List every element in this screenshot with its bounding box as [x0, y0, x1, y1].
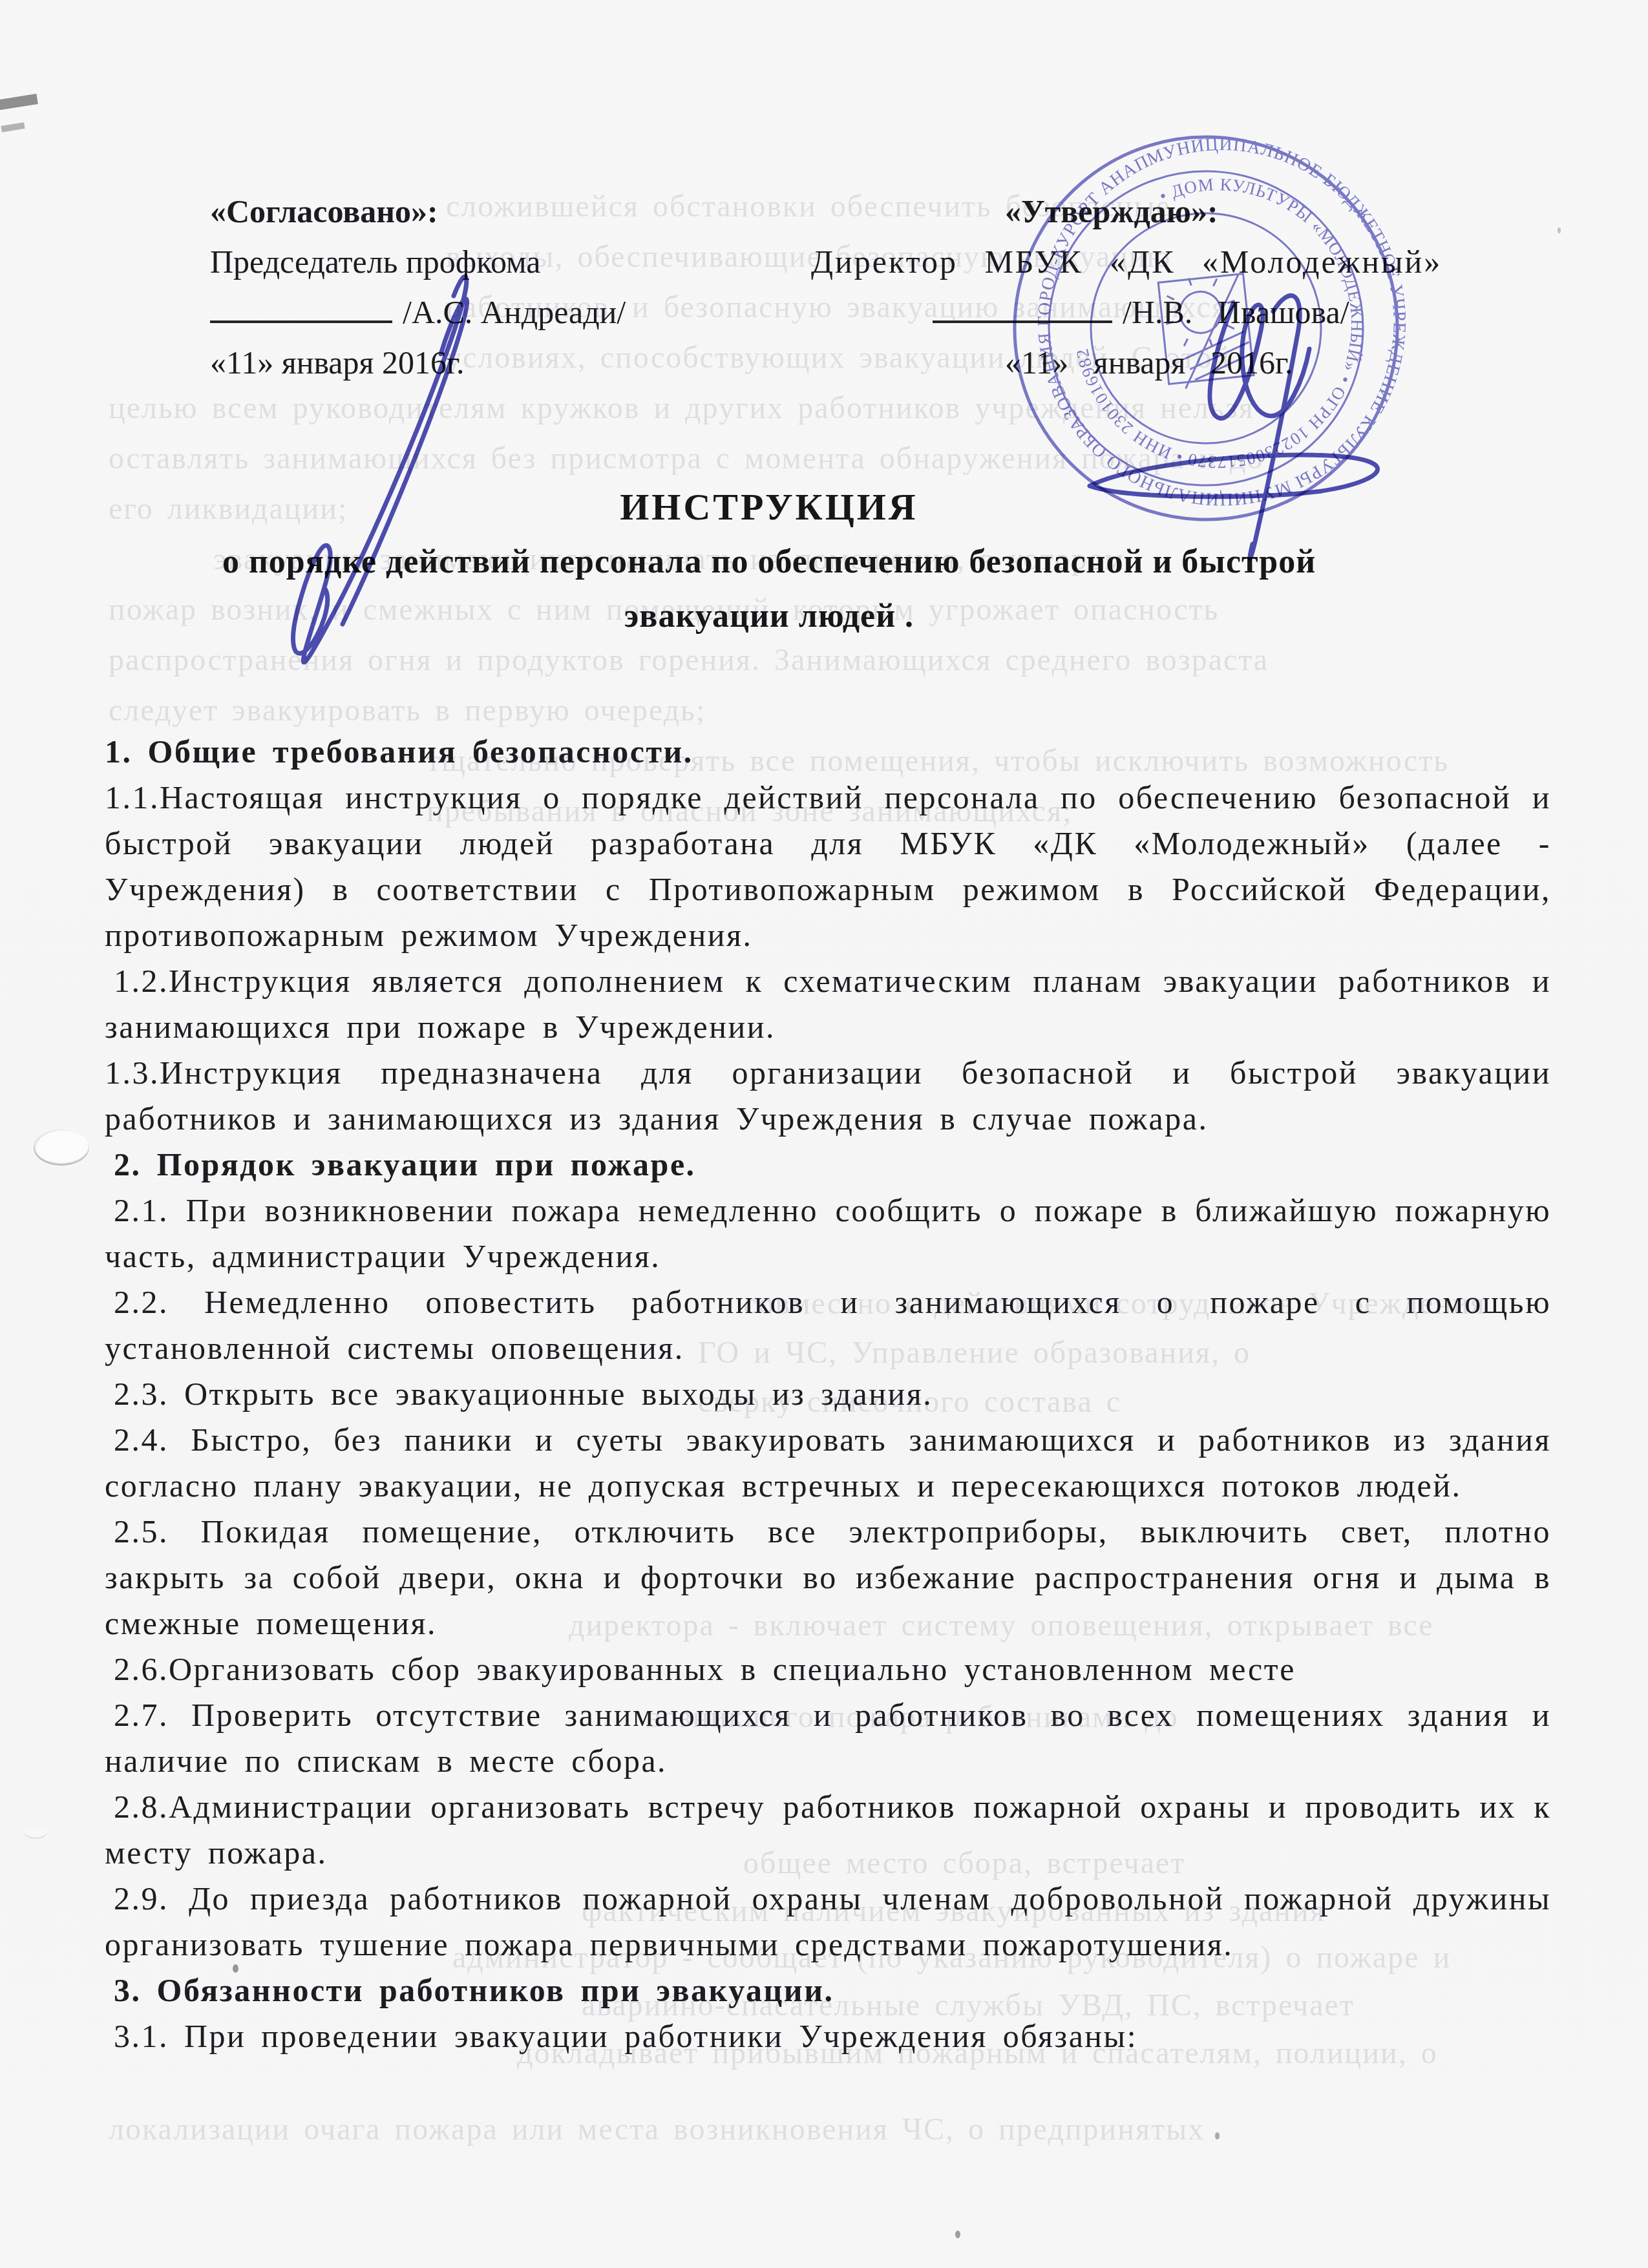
paragraph: 2.7. Проверить отсутствие занимающихся и…: [105, 1692, 1551, 1784]
paragraph: 2.1. При возникновении пожара немедленно…: [105, 1188, 1551, 1279]
scanned-page: сложившейся обстановки обеспечить безопа…: [0, 0, 1648, 2268]
agreed-label: «Согласовано»:: [210, 186, 740, 236]
section-heading: 1. Общие требования безопасности.: [105, 729, 1551, 775]
paragraph: 2.4. Быстро, без паники и суеты эвакуиро…: [105, 1417, 1551, 1509]
document-body: 1. Общие требования безопасности.1.1.Нас…: [105, 729, 1551, 2059]
paragraph: 2.5. Покидая помещение, отключить все эл…: [105, 1509, 1551, 1646]
paragraph: 2.9. До приезда работников пожарной охра…: [105, 1876, 1551, 1968]
paragraph: 2.8.Администрации организовать встречу р…: [105, 1784, 1551, 1876]
handwritten-signature-right: [1060, 270, 1461, 593]
paragraph: 1.2.Инструкция является дополнением к сх…: [105, 958, 1551, 1050]
paragraph: 2.2. Немедленно оповестить работников и …: [105, 1279, 1551, 1371]
handwritten-signature-left: [226, 257, 498, 697]
paragraph: 3.1. При проведении эвакуации работники …: [105, 2013, 1551, 2059]
paragraph: 2.3. Открыть все эвакуационные выходы из…: [105, 1371, 1551, 1417]
paragraph: 1.3.Инструкция предназначена для организ…: [105, 1050, 1551, 1142]
bleedthrough-text: следует эвакуировать в первую очередь;: [109, 693, 706, 728]
bleedthrough-text: локализации очага пожара или места возни…: [109, 2112, 1205, 2147]
paragraph: 2.6.Организовать сбор эвакуированных в с…: [105, 1646, 1551, 1692]
section-heading: 2. Порядок эвакуации при пожаре.: [105, 1142, 1551, 1188]
paragraph: 1.1.Настоящая инструкция о порядке дейст…: [105, 775, 1551, 958]
section-heading: 3. Обязанности работников при эвакуации.: [105, 1968, 1551, 2013]
